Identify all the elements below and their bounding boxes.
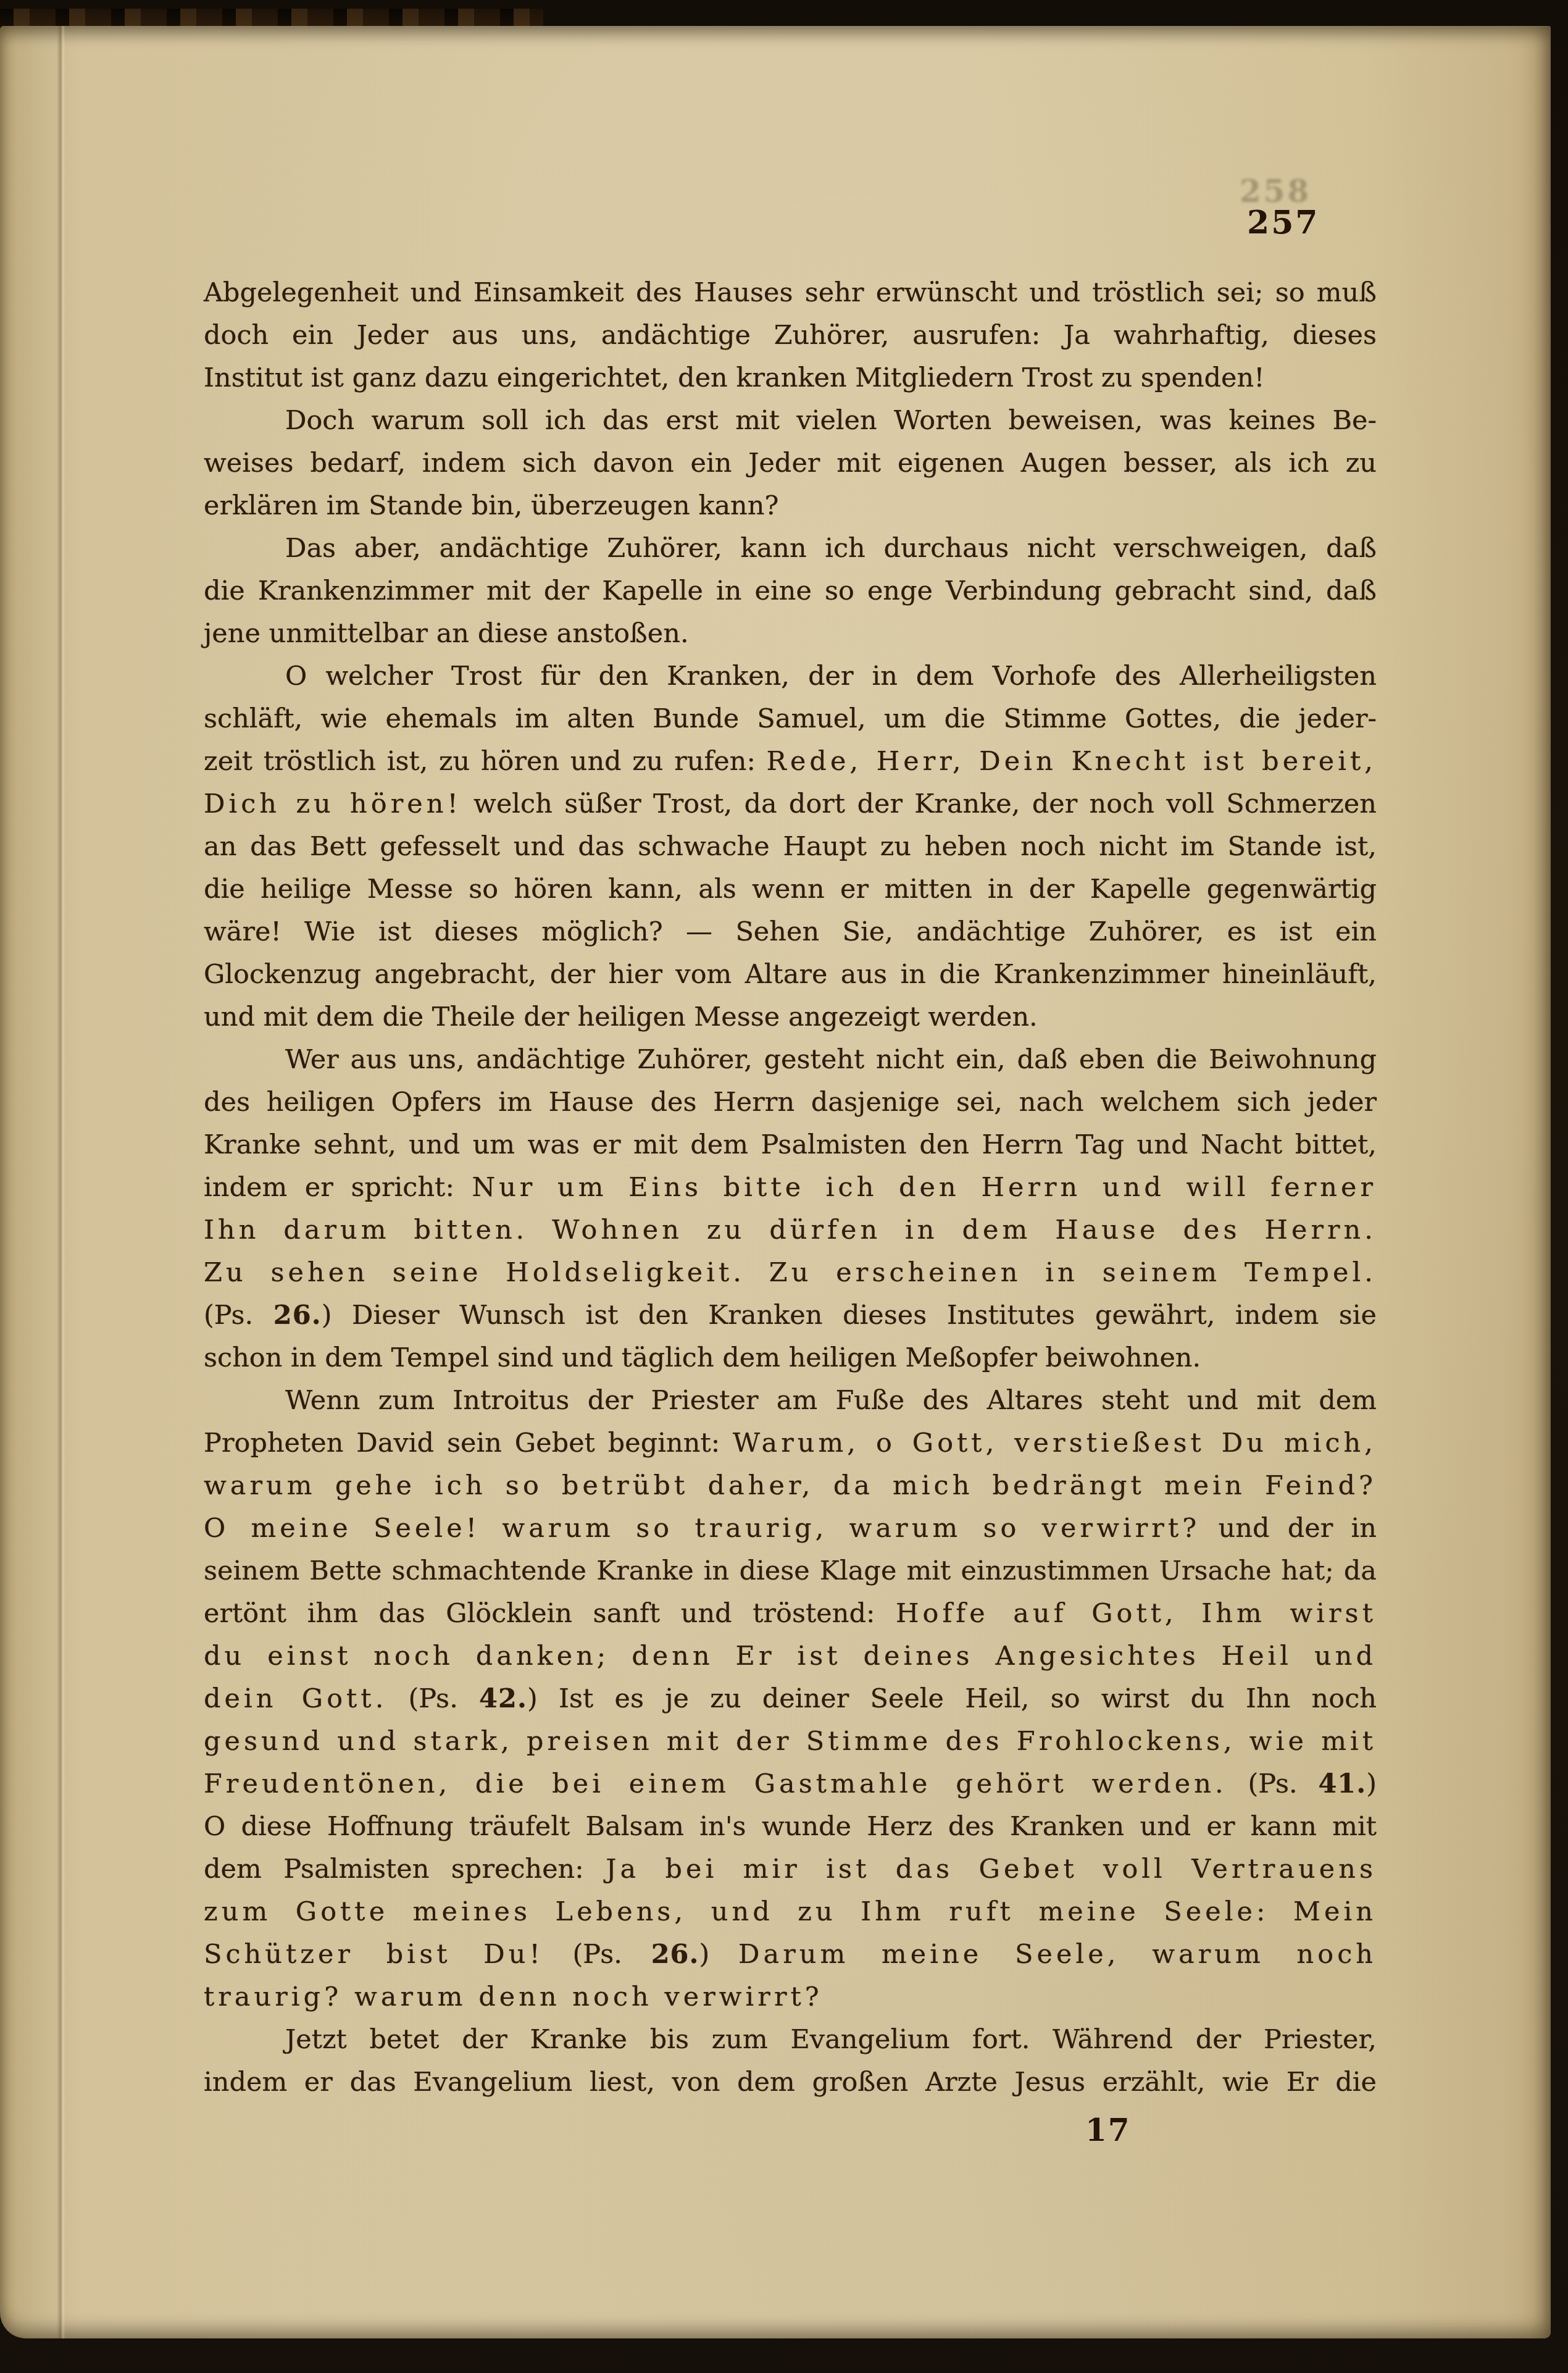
- text-line: Jetzt betet der Kranke bis zum Evangeliu…: [204, 2019, 1377, 2061]
- text-line: doch ein Jeder aus uns, andächtige Zuhör…: [204, 314, 1377, 357]
- text-segment: erklären im Stande bin, überzeugen kann?: [204, 490, 779, 521]
- text-segment: weises bedarf, indem sich davon ein Jede…: [204, 448, 1377, 479]
- emphasized-text: warum gehe ich so betrübt daher, da mich…: [204, 1470, 1377, 1501]
- text-line: schläft, wie ehemals im alten Bunde Samu…: [204, 698, 1377, 740]
- emphasized-text: traurig? warum denn noch verwirrt?: [204, 1982, 823, 2012]
- text-segment: an das Bett gefesselt und das schwache H…: [204, 831, 1377, 862]
- emphasized-text: Zu sehen seine Holdseligkeit. Zu erschei…: [204, 1257, 1377, 1288]
- text-line: die Krankenzimmer mit der Kapelle in ein…: [204, 570, 1377, 613]
- text-line: erklären im Stande bin, überzeugen kann?: [204, 485, 1377, 527]
- text-line: Doch warum soll ich das erst mit vielen …: [204, 400, 1377, 442]
- book-scan: { "page": { "number": "257", "ghost_numb…: [0, 0, 1568, 2373]
- text-line: Institut ist ganz dazu eingerichtet, den…: [204, 357, 1377, 400]
- emphasized-text: Ja bei mir ist das Gebet voll Vertrauens: [606, 1854, 1377, 1885]
- text-segment: des heiligen Opfers im Hause des Herrn d…: [204, 1087, 1377, 1118]
- text-segment: 42.: [479, 1683, 527, 1714]
- text-line: an das Bett gefesselt und das schwache H…: [204, 826, 1377, 868]
- text-segment: 26.: [273, 1300, 322, 1331]
- text-segment: die Krankenzimmer mit der Kapelle in ein…: [204, 575, 1377, 606]
- emphasized-text: Hoffe auf Gott, Ihm wirst: [896, 1598, 1377, 1629]
- text-line: Das aber, andächtige Zuhörer, kann ich d…: [204, 527, 1377, 570]
- book-page: 258 257 Abgelegenheit und Einsamkeit des…: [0, 26, 1551, 2338]
- text-segment: seinem Bette schmachtende Kranke in dies…: [204, 1555, 1377, 1586]
- text-line: des heiligen Opfers im Hause des Herrn d…: [204, 1081, 1377, 1124]
- text-line: Dich zu hören! welch süßer Trost, da dor…: [204, 783, 1377, 826]
- text-segment: Kranke sehnt, und um was er mit dem Psal…: [204, 1129, 1377, 1160]
- text-segment: schläft, wie ehemals im alten Bunde Samu…: [204, 703, 1377, 734]
- text-line: weises bedarf, indem sich davon ein Jede…: [204, 442, 1377, 485]
- text-segment: (Ps.: [1227, 1768, 1319, 1799]
- text-line: indem er spricht: Nur um Eins bitte ich …: [204, 1166, 1377, 1209]
- text-segment: zeit tröstlich ist, zu hören und zu rufe…: [204, 746, 767, 777]
- text-line: Wenn zum Introitus der Priester am Fuße …: [204, 1379, 1377, 1422]
- text-line: Zu sehen seine Holdseligkeit. Zu erschei…: [204, 1252, 1377, 1294]
- text-segment: doch ein Jeder aus uns, andächtige Zuhör…: [204, 320, 1377, 351]
- text-line: Abgelegenheit und Einsamkeit des Hauses …: [204, 272, 1377, 314]
- text-segment: jene unmittelbar an diese anstoßen.: [204, 618, 689, 649]
- text-segment: (Ps.: [544, 1939, 651, 1970]
- text-segment: (Ps.: [204, 1300, 273, 1331]
- text-segment: und der in: [1200, 1513, 1377, 1544]
- text-segment: Propheten David sein Gebet beginnt:: [204, 1428, 733, 1459]
- text-line: dem Psalmisten sprechen: Ja bei mir ist …: [204, 1848, 1377, 1891]
- emphasized-text: Warum, o Gott, verstießest Du mich,: [733, 1428, 1377, 1459]
- text-segment: ) Ist es je zu deiner Seele Heil, so wir…: [527, 1683, 1377, 1714]
- text-segment: dem Psalmisten sprechen:: [204, 1854, 606, 1885]
- text-line: Wer aus uns, andächtige Zuhörer, gesteht…: [204, 1039, 1377, 1081]
- text-line: schon in dem Tempel sind und täglich dem…: [204, 1337, 1377, 1379]
- text-segment: schon in dem Tempel sind und täglich dem…: [204, 1342, 1201, 1373]
- text-segment: 26.: [651, 1939, 699, 1970]
- emphasized-text: Nur um Eins bitte ich den Herrn und will…: [472, 1172, 1377, 1203]
- text-segment: Das aber, andächtige Zuhörer, kann ich d…: [285, 533, 1377, 564]
- text-line: (Ps. 26.) Dieser Wunsch ist den Kranken …: [204, 1294, 1377, 1337]
- text-segment: wäre! Wie ist dieses möglich? — Sehen Si…: [204, 916, 1377, 947]
- text-segment: Jetzt betet der Kranke bis zum Evangeliu…: [285, 2024, 1377, 2055]
- text-line: Kranke sehnt, und um was er mit dem Psal…: [204, 1124, 1377, 1166]
- text-segment: indem er das Evangelium liest, von dem g…: [204, 2067, 1377, 2098]
- text-line: O diese Hoffnung träufelt Balsam in's wu…: [204, 1806, 1377, 1848]
- text-line: Glockenzug angebracht, der hier vom Alta…: [204, 953, 1377, 996]
- text-block: Abgelegenheit und Einsamkeit des Hauses …: [204, 272, 1377, 2104]
- text-line: O welcher Trost für den Kranken, der in …: [204, 655, 1377, 698]
- text-segment: und mit dem die Theile der heiligen Mess…: [204, 1002, 1038, 1032]
- text-segment: (Ps.: [387, 1683, 479, 1714]
- emphasized-text: Ihn darum bitten. Wohnen zu dürfen in de…: [204, 1215, 1377, 1245]
- text-segment: Wer aus uns, andächtige Zuhörer, gesteht…: [285, 1044, 1377, 1075]
- text-segment: O welcher Trost für den Kranken, der in …: [285, 661, 1377, 692]
- text-line: und mit dem die Theile der heiligen Mess…: [204, 996, 1377, 1039]
- text-line: jene unmittelbar an diese anstoßen.: [204, 613, 1377, 655]
- text-segment: Glockenzug angebracht, der hier vom Alta…: [204, 959, 1377, 990]
- text-line: wäre! Wie ist dieses möglich? — Sehen Si…: [204, 911, 1377, 953]
- text-line: zum Gotte meines Lebens, und zu Ihm ruft…: [204, 1891, 1377, 1933]
- text-segment: Abgelegenheit und Einsamkeit des Hauses …: [204, 277, 1377, 308]
- text-line: du einst noch danken; denn Er ist deines…: [204, 1635, 1377, 1678]
- emphasized-text: du einst noch danken; denn Er ist deines…: [204, 1641, 1377, 1672]
- text-segment: ): [699, 1939, 738, 1970]
- text-line: ertönt ihm das Glöcklein sanft und tröst…: [204, 1592, 1377, 1635]
- text-line: warum gehe ich so betrübt daher, da mich…: [204, 1465, 1377, 1507]
- emphasized-text: Dich zu hören!: [204, 789, 462, 819]
- text-line: O meine Seele! warum so traurig, warum s…: [204, 1507, 1377, 1550]
- gutter-crease: [57, 26, 65, 2338]
- emphasized-text: Freudentönen, die bei einem Gastmahle ge…: [204, 1768, 1227, 1799]
- text-segment: indem er spricht:: [204, 1172, 472, 1203]
- emphasized-text: zum Gotte meines Lebens, und zu Ihm ruft…: [204, 1896, 1377, 1927]
- text-segment: ertönt ihm das Glöcklein sanft und tröst…: [204, 1598, 896, 1629]
- emphasized-text: O meine Seele! warum so traurig, warum s…: [204, 1513, 1200, 1544]
- emphasized-text: Darum meine Seele, warum noch: [738, 1939, 1377, 1970]
- text-line: Propheten David sein Gebet beginnt: Waru…: [204, 1422, 1377, 1465]
- text-line: zeit tröstlich ist, zu hören und zu rufe…: [204, 740, 1377, 783]
- text-segment: Wenn zum Introitus der Priester am Fuße …: [285, 1385, 1377, 1416]
- page-number: 257: [1247, 204, 1320, 241]
- text-line: Schützer bist Du! (Ps. 26.) Darum meine …: [204, 1933, 1377, 1976]
- text-line: dein Gott. (Ps. 42.) Ist es je zu deiner…: [204, 1678, 1377, 1720]
- text-segment: O diese Hoffnung träufelt Balsam in's wu…: [204, 1811, 1377, 1842]
- text-segment: Institut ist ganz dazu eingerichtet, den…: [204, 362, 1265, 393]
- emphasized-text: dein Gott.: [204, 1683, 387, 1714]
- emphasized-text: gesund und stark, preisen mit der Stimme…: [204, 1726, 1377, 1757]
- text-segment: 41.: [1318, 1768, 1366, 1799]
- text-segment: ) Dieser Wunsch ist den Kranken dieses I…: [322, 1300, 1377, 1331]
- text-segment: Doch warum soll ich das erst mit vielen …: [285, 405, 1377, 436]
- emphasized-text: Rede, Herr, Dein Knecht ist bereit,: [767, 746, 1377, 777]
- emphasized-text: Schützer bist Du!: [204, 1939, 544, 1970]
- text-line: seinem Bette schmachtende Kranke in dies…: [204, 1550, 1377, 1592]
- text-line: Freudentönen, die bei einem Gastmahle ge…: [204, 1763, 1377, 1806]
- text-line: traurig? warum denn noch verwirrt?: [204, 1976, 1377, 2019]
- signature-number: 17: [1085, 2112, 1131, 2148]
- text-segment: welch süßer Trost, da dort der Kranke, d…: [462, 789, 1377, 819]
- text-line: indem er das Evangelium liest, von dem g…: [204, 2061, 1377, 2104]
- text-line: gesund und stark, preisen mit der Stimme…: [204, 1720, 1377, 1763]
- text-segment: die heilige Messe so hören kann, als wen…: [204, 874, 1377, 905]
- text-line: die heilige Messe so hören kann, als wen…: [204, 868, 1377, 911]
- text-segment: ): [1366, 1768, 1377, 1799]
- text-line: Ihn darum bitten. Wohnen zu dürfen in de…: [204, 1209, 1377, 1252]
